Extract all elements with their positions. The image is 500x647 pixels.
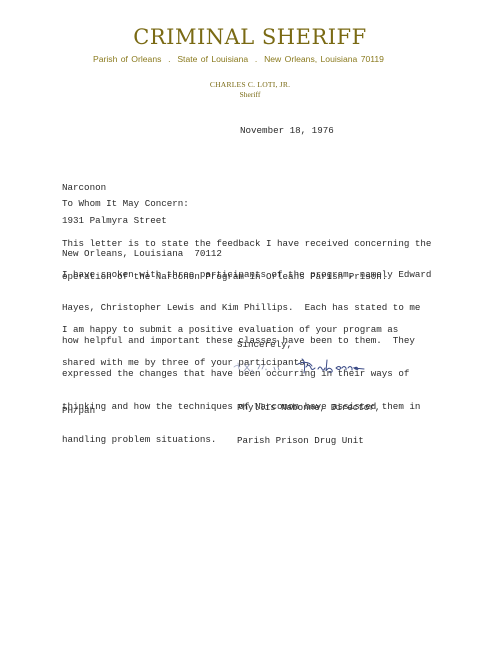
- sheriff-title: Sheriff: [0, 90, 500, 100]
- signer-line: Phyllis Nabonne, Director,: [237, 402, 380, 413]
- recipient-line: Narconon: [62, 182, 222, 193]
- letter-date: November 18, 1976: [240, 125, 334, 136]
- reference-initials: PH/pah: [62, 405, 95, 416]
- closing: Sincerely,: [237, 339, 292, 350]
- signer-block: Phyllis Nabonne, Director, Parish Prison…: [237, 380, 380, 468]
- paragraph-line: I have spoken with three participants of…: [62, 269, 431, 280]
- letterhead-address: Parish of Orleans . State of Louisiana .…: [93, 53, 423, 65]
- sheriff-name: CHARLES C. LOTI, JR.: [0, 80, 500, 90]
- paragraph-line: I am happy to submit a positive evaluati…: [62, 324, 398, 335]
- handwritten-signature-icon: [232, 355, 382, 377]
- letterhead-title: CRIMINAL SHERIFF: [0, 24, 500, 50]
- salutation: To Whom It May Concern:: [62, 198, 189, 209]
- signer-line: Parish Prison Drug Unit: [237, 435, 380, 446]
